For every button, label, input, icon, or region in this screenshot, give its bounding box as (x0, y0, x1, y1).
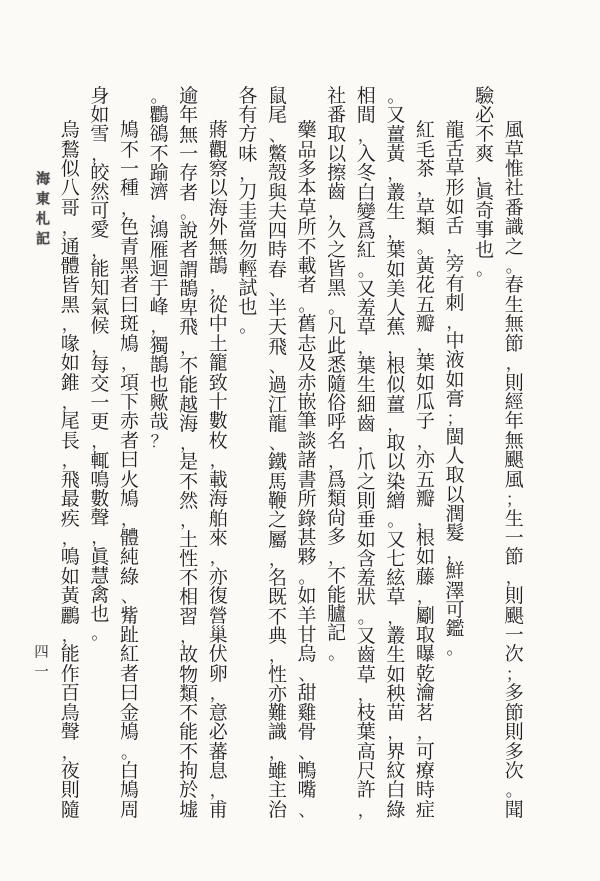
book-page: 風草惟社番識之。春生無節，則經年無颶風；生一節，則颶一次；多節則多次。聞驗必不爽… (0, 0, 600, 881)
text-block: 風草惟社番識之。春生無節，則經年無颶風；生一節，則颶一次；多節則多次。聞驗必不爽… (56, 87, 530, 820)
text-column: 驗必不爽，眞奇事也。 (470, 87, 500, 820)
text-column: 身如雪，皎然可愛，能知氣候，每交一更，輒鳴數聲，眞慧禽也。 (85, 87, 115, 820)
text-column: 相間，入冬白變爲紅。又羞草，葉生細齒，爪之則垂如含羞狀。又齒草，枝葉高尺許， (351, 87, 381, 820)
text-column: 鼠尾、鱉殼與夫四時春、半天飛、過江龍、鐵馬鞭之屬，名既不典，性亦難識，雖主治 (263, 87, 293, 820)
text-column: 社番取以擦齒，久之皆黑。凡此悉隨俗呼名，爲類尙多，不能臚記。 (322, 87, 352, 820)
text-column: 風草惟社番識之。春生無節，則經年無颶風；生一節，則颶一次；多節則多次。聞 (499, 87, 529, 820)
text-column: 藥品多本草所不載者。舊志及赤嵌筆談諸書所錄甚夥。如羊甘烏、甜雞骨、鴨嘴、 (292, 87, 322, 820)
text-column: 鳩不一種，色青黑者曰斑鳩，項下赤者曰火鳩，體純綠、觜趾紅者曰金鳩。白鳩周 (115, 87, 145, 820)
text-column: 龍舌草形如舌，旁有刺，中液如膏；閩人取以潤髮，鮮澤可鑑。 (440, 87, 470, 820)
text-column: 烏鶖似八哥，通體皆黑，喙如錐，尾長，飛最疾，鳴如黃鸝，能作百鳥聲，夜則隨 (56, 87, 86, 820)
text-column: 逾年無一存者。說者謂鵲卑飛，不能越海，是不然，土性不相習，故物類不能不拘於墟 (174, 87, 204, 820)
text-column: 。又薑黃，叢生，葉如美人蕉，根似薑，取以染繒。又七絃草，叢生如秧苗，界紋白綠 (381, 87, 411, 820)
page-number: 四一 (30, 644, 51, 683)
text-column: 各有方味，刀圭當勿輕試也。 (233, 87, 263, 820)
running-title: 海東札記 (31, 171, 51, 251)
text-column: 蔣觀察以海外無鵲，從中土籠致十數枚，載海舶來，亦復營巢伏卵，意必蕃息，甫 (203, 87, 233, 820)
text-column: 紅毛茶，草類。黃花五瓣，葉如瓜子，亦五瓣，根如藤，劚取曝乾瀹茗，可療時症 (411, 87, 441, 820)
text-column: 。鸜鵒不踰濟，鴻雁迴于峰，獨鵲也歟哉？ (144, 87, 174, 820)
